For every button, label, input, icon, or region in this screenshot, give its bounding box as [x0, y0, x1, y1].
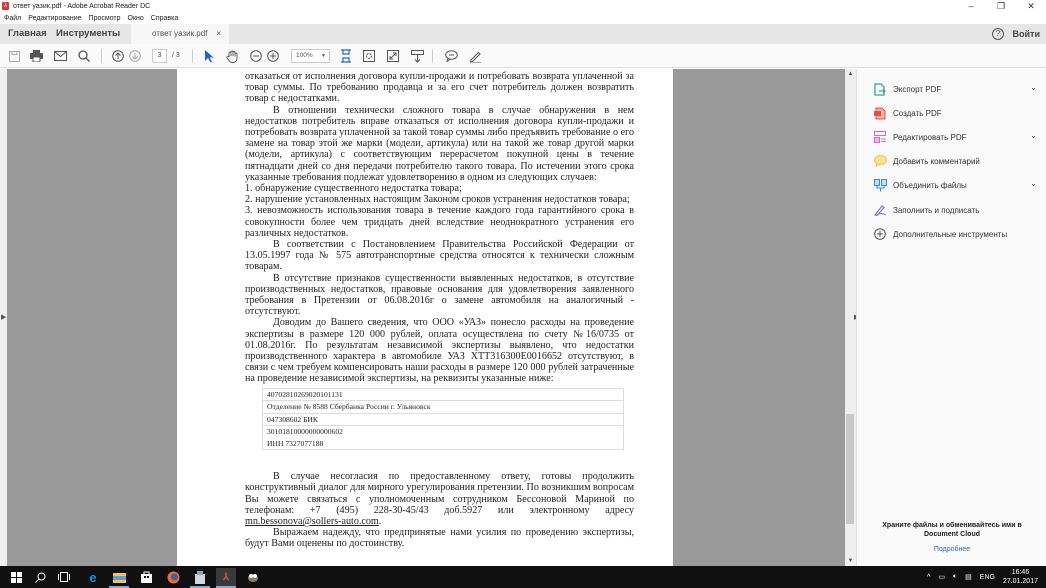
bik: 047308602 БИК: [263, 413, 624, 426]
toolbar-divider: [192, 49, 193, 63]
menu-edit[interactable]: Редактирование: [28, 15, 81, 22]
save-icon[interactable]: [7, 48, 21, 64]
zoom-out-icon[interactable]: [249, 48, 263, 64]
show-hidden-icons[interactable]: ^: [927, 574, 930, 581]
chevron-down-icon[interactable]: ⌄: [1030, 179, 1037, 188]
edge-icon[interactable]: e: [85, 569, 101, 585]
scroll-mode-icon[interactable]: [410, 48, 424, 64]
help-icon[interactable]: ?: [992, 28, 1004, 40]
tab-document[interactable]: ответ уазик.pdf ×: [131, 24, 229, 44]
network-icon[interactable]: ▭: [938, 573, 945, 581]
firefox-icon[interactable]: [165, 569, 181, 585]
fill-sign-icon: [873, 203, 887, 217]
paragraph: Доводим до Вашего сведения, что ООО «УАЗ…: [245, 317, 634, 384]
page-up-icon[interactable]: [111, 48, 125, 64]
tool-label: Экспорт PDF: [893, 85, 941, 94]
file-explorer-icon[interactable]: [111, 569, 127, 585]
zoom-level-value: 100%: [296, 52, 313, 59]
close-tab-icon[interactable]: ×: [216, 24, 221, 44]
paragraph: отказаться от исполнения договора купли-…: [245, 71, 634, 105]
paragraph: В соответствии с Постановлением Правител…: [245, 239, 634, 273]
scrollbar-thumb[interactable]: [846, 414, 854, 524]
tool-label: Добавить комментарий: [893, 157, 980, 166]
more-tools-icon: [873, 227, 887, 241]
tool-export-pdf[interactable]: Экспорт PDF ⌄: [873, 81, 1041, 97]
taskbar: e ⅄ ^ ▭ 🔈︎ ▤ ENG 16:46 27.01.2017: [0, 566, 1046, 588]
tool-combine-files[interactable]: Объединить файлы ⌄: [873, 177, 1041, 193]
email-icon[interactable]: [53, 48, 67, 64]
toolbar: 3 / 3 100% ▼: [0, 44, 1046, 68]
list-item: 3. невозможность использования товара в …: [245, 205, 634, 239]
tool-add-comment[interactable]: Добавить комментарий: [873, 153, 1041, 169]
language-indicator[interactable]: ENG: [980, 574, 995, 581]
rotate-view-icon[interactable]: [362, 48, 376, 64]
table-row: 047308602 БИК: [263, 413, 624, 426]
notification-icon[interactable]: ▤: [965, 573, 972, 581]
tab-home[interactable]: Главная: [8, 24, 47, 44]
clock-date: 27.01.2017: [1003, 577, 1038, 586]
export-pdf-icon: [873, 82, 887, 96]
tool-label: Заполнить и подписать: [893, 206, 979, 215]
menu-file[interactable]: Файл: [4, 15, 21, 22]
start-icon[interactable]: [8, 569, 24, 585]
tool-label: Редактировать PDF: [893, 133, 966, 142]
menu-bar: Файл Редактирование Просмотр Окно Справк…: [0, 12, 1046, 24]
expand-left-panel-icon[interactable]: ▶: [1, 313, 6, 321]
task-view-icon[interactable]: [56, 569, 72, 585]
table-row: 40702810269020101131: [263, 388, 624, 401]
account-number: 40702810269020101131: [263, 388, 624, 401]
tab-tools[interactable]: Инструменты: [56, 24, 120, 44]
tool-label: Дополнительные инструменты: [893, 230, 1007, 239]
page-down-icon[interactable]: [128, 48, 142, 64]
store-icon[interactable]: [138, 569, 154, 585]
list-item: 2. нарушение установленных настоящим Зак…: [245, 194, 634, 205]
menu-view[interactable]: Просмотр: [89, 15, 121, 22]
zoom-level-select[interactable]: 100% ▼: [291, 49, 330, 63]
comment-icon: [873, 154, 887, 168]
print-icon[interactable]: [29, 48, 43, 64]
tools-panel: Экспорт PDF ⌄ Создать PDF Редактировать …: [856, 69, 1046, 566]
hand-tool-icon[interactable]: [225, 48, 239, 64]
tool-fill-sign[interactable]: Заполнить и подписать: [873, 202, 1041, 218]
document-cloud-promo: Храните файлы и обменивайтесь ими в Docu…: [857, 521, 1046, 554]
acrobat-app-icon: λ: [2, 2, 9, 10]
tool-edit-pdf[interactable]: Редактировать PDF ⌄: [873, 129, 1041, 145]
clock[interactable]: 16:46 27.01.2017: [1003, 568, 1038, 586]
toolbar-divider: [101, 49, 102, 63]
sign-icon[interactable]: [468, 48, 482, 64]
page-total: / 3: [172, 49, 180, 63]
combine-files-icon: [873, 178, 887, 192]
edit-pdf-icon: [873, 130, 887, 144]
close-button[interactable]: ✕: [1016, 0, 1046, 12]
paragraph: В отношении технически сложного товара в…: [245, 105, 634, 183]
search-icon[interactable]: [32, 569, 48, 585]
menu-window[interactable]: Окно: [128, 15, 144, 22]
scroll-down-icon[interactable]: ▼: [845, 558, 856, 564]
bank-branch: Отделение № 8588 Сбербанка России г. Уль…: [263, 401, 624, 414]
chevron-down-icon[interactable]: ⌄: [1030, 83, 1037, 92]
gimp-icon[interactable]: [245, 569, 261, 585]
bank-details-table: 40702810269020101131 Отделение № 8588 Сб…: [262, 388, 624, 451]
paragraph: В случае несогласия по предоставленному …: [245, 471, 634, 527]
correspondent-account: 30101810000000000602: [267, 426, 619, 438]
tool-label: Создать PDF: [893, 109, 942, 118]
inn: ИНН 7327077188: [267, 438, 619, 450]
tool-create-pdf[interactable]: Создать PDF: [873, 105, 1041, 121]
toolbar-divider: [432, 49, 433, 63]
pdf-page: отказаться от исполнения договора купли-…: [177, 69, 673, 566]
clock-time: 16:46: [1003, 568, 1038, 577]
dropdown-arrow-icon: ▼: [321, 50, 326, 62]
files-icon[interactable]: [192, 569, 208, 585]
window-controls: – ❐ ✕: [956, 0, 1046, 12]
table-row: 30101810000000000602ИНН 7327077188: [263, 426, 624, 450]
fit-page-icon[interactable]: [339, 48, 353, 64]
scroll-up-icon[interactable]: ▲: [845, 71, 856, 77]
system-tray: ^ ▭ 🔈︎ ▤ ENG 16:46 27.01.2017: [927, 566, 1046, 588]
comment-icon[interactable]: [444, 48, 458, 64]
minimize-button[interactable]: –: [956, 0, 986, 12]
paragraph: Выражаем надежду, что предпринятые нами …: [245, 527, 634, 549]
select-tool-icon[interactable]: [202, 48, 216, 64]
left-panel-strip: ▶: [0, 69, 7, 566]
fullscreen-icon[interactable]: [386, 48, 400, 64]
acrobat-icon[interactable]: ⅄: [216, 568, 236, 587]
title-bar: λ ответ уазик.pdf - Adobe Acrobat Reader…: [0, 0, 1046, 12]
search-icon[interactable]: [77, 48, 91, 64]
list-item: 1. обнаружение существенного недостатка …: [245, 183, 634, 194]
restore-button[interactable]: ❐: [986, 0, 1016, 12]
signin-button[interactable]: Войти: [1013, 24, 1040, 44]
menu-help[interactable]: Справка: [151, 15, 178, 22]
cloud-promo-text: Храните файлы и обменивайтесь ими в Docu…: [857, 521, 1046, 539]
page-number-input[interactable]: 3: [152, 49, 167, 63]
closing-text: В случае несогласия по предоставленному …: [245, 471, 634, 516]
volume-icon[interactable]: 🔈︎: [953, 573, 957, 581]
paragraph: В отсутствие признаков существенности вы…: [245, 273, 634, 318]
tab-bar: Главная Инструменты ответ уазик.pdf × ? …: [0, 24, 1046, 44]
tool-label: Объединить файлы: [893, 181, 967, 190]
create-pdf-icon: [873, 106, 887, 120]
chevron-down-icon[interactable]: ⌄: [1030, 131, 1037, 140]
window-title: ответ уазик.pdf - Adobe Acrobat Reader D…: [13, 3, 150, 10]
closing-period: .: [379, 516, 382, 527]
tool-more-tools[interactable]: Дополнительные инструменты: [873, 226, 1041, 242]
document-tab-label: ответ уазик.pdf: [152, 29, 207, 38]
page-content: отказаться от исполнения договора купли-…: [245, 71, 634, 550]
zoom-in-icon[interactable]: [266, 48, 280, 64]
learn-more-link[interactable]: Подробнее: [857, 545, 1046, 554]
table-row: Отделение № 8588 Сбербанка России г. Уль…: [263, 401, 624, 414]
email-link[interactable]: mn.bessonova@sollers-auto.com: [245, 516, 379, 527]
